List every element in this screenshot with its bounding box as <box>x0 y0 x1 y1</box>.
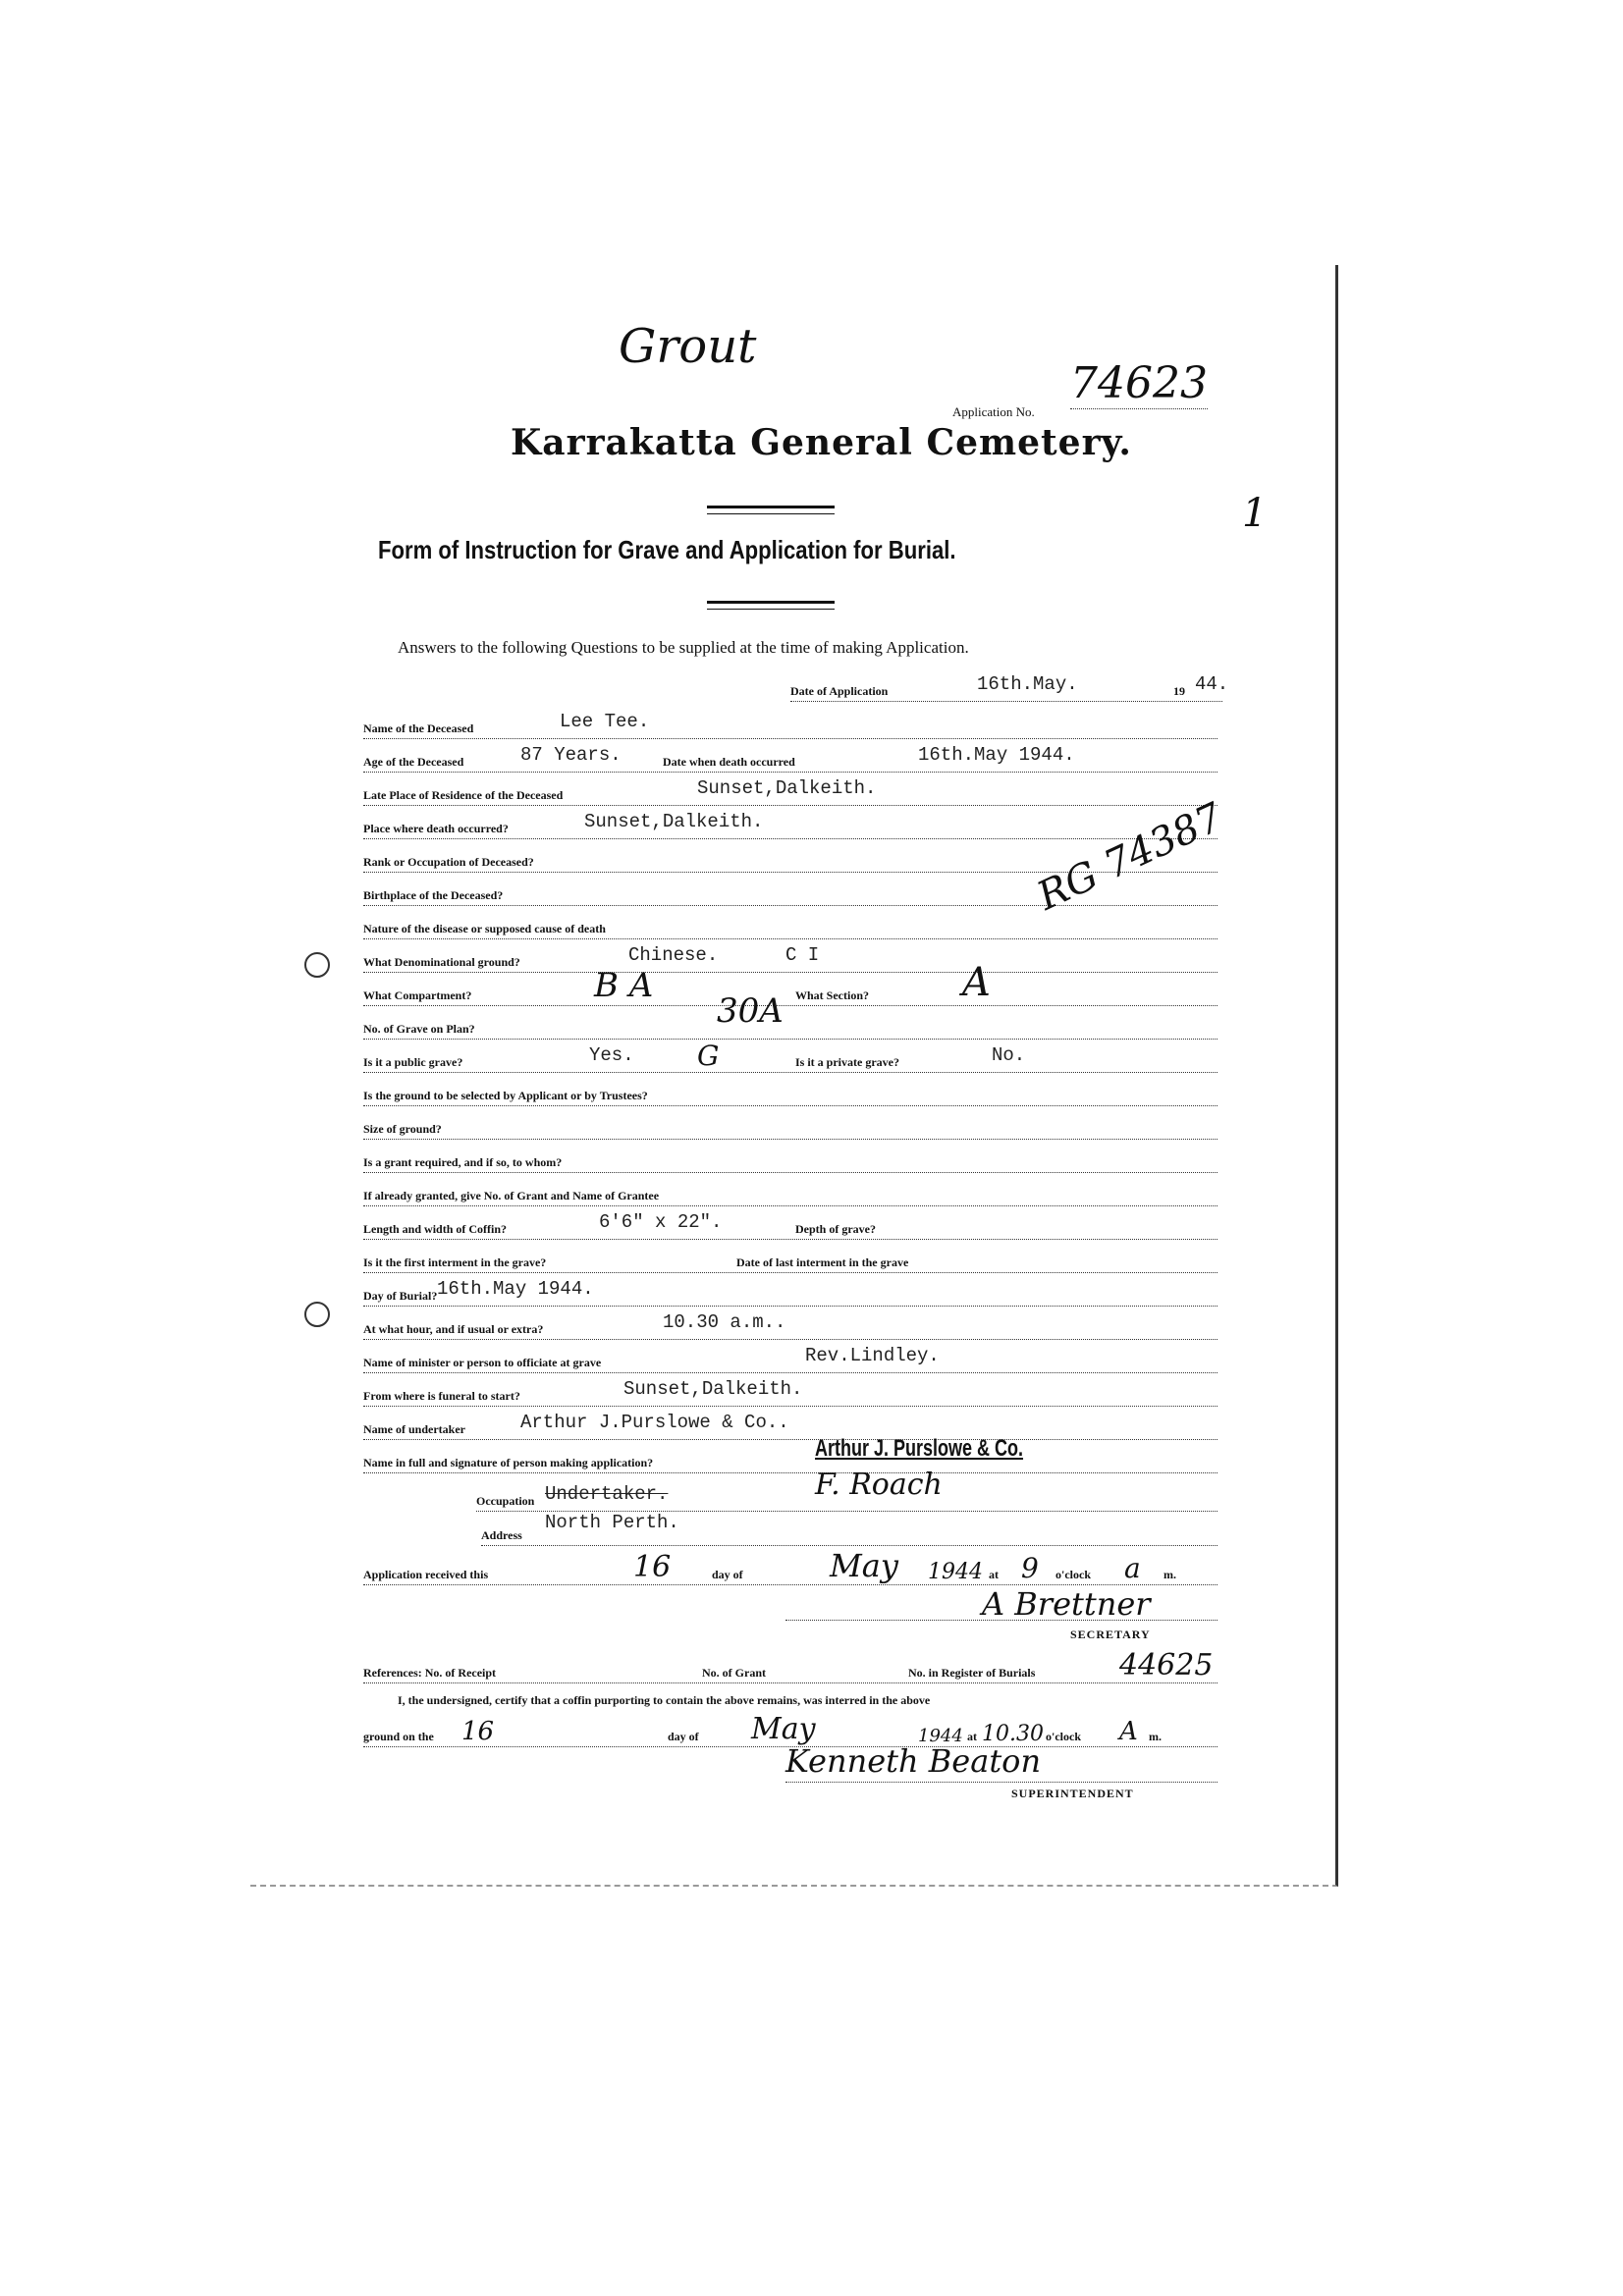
grave-no-row: No. of Grave on Plan?30A <box>363 1005 1217 1040</box>
burial-day-row: Day of Burial?16th.May 1944. <box>363 1272 1217 1307</box>
name-row: Name of the DeceasedLee Tee. <box>363 705 1217 739</box>
secretary-title: SECRETARY <box>1070 1628 1151 1642</box>
undertaker-stamp: Arthur J. Purslowe & Co. <box>815 1435 1023 1463</box>
app-occupation-row: OccupationUndertaker. <box>476 1477 1217 1512</box>
cemetery-title: Karrakatta General Cemetery. <box>511 422 1132 463</box>
divider <box>707 506 835 514</box>
date-of-application-row: Date of Application 16th.May. 19 44. <box>790 667 1222 702</box>
funeral-start-row: From where is funeral to start?Sunset,Da… <box>363 1372 1217 1407</box>
section-value: A <box>962 960 991 1005</box>
age-value: 87 Years. <box>520 744 622 766</box>
grant-granted-row: If already granted, give No. of Grant an… <box>363 1172 1217 1206</box>
undertaker-value: Arthur J.Purslowe & Co.. <box>520 1412 789 1433</box>
death-place-row: Place where death occurred?Sunset,Dalkei… <box>363 805 1217 839</box>
superintendent-title: SUPERINTENDENT <box>1011 1787 1134 1801</box>
form-title: Form of Instruction for Grave and Applic… <box>378 535 956 565</box>
burial-day-value: 16th.May 1944. <box>437 1278 594 1300</box>
grave-no-value: 30A <box>717 991 784 1031</box>
denomination-row: What Denominational ground?Chinese.C I <box>363 938 1217 973</box>
undertaker-row: Name of undertakerArthur J.Purslowe & Co… <box>363 1406 1217 1440</box>
coffin-value: 6'6" x 22". <box>599 1211 722 1233</box>
app-occupation-value: Undertaker. <box>545 1483 668 1505</box>
residence-value: Sunset,Dalkeith. <box>697 777 876 799</box>
address-value: North Perth. <box>545 1512 679 1533</box>
ground-selected-row: Is the ground to be selected by Applican… <box>363 1072 1217 1106</box>
date-of-application-value: 16th.May. <box>977 673 1078 695</box>
size-ground-row: Size of ground? <box>363 1105 1217 1140</box>
register-number: 44625 <box>1119 1648 1213 1682</box>
death-date-value: 16th.May 1944. <box>918 744 1075 766</box>
death-place-value: Sunset,Dalkeith. <box>584 811 763 832</box>
references-row: References: No. of Receipt No. of Grant … <box>363 1649 1217 1683</box>
funeral-start-value: Sunset,Dalkeith. <box>623 1378 802 1400</box>
handwritten-name: Grout <box>619 319 756 374</box>
secretary-signature: A Brettner <box>982 1585 1151 1623</box>
address-row: AddressNorth Perth. <box>481 1512 1217 1546</box>
public-grave-value: Yes. <box>589 1044 634 1066</box>
hour-row: At what hour, and if usual or extra?10.3… <box>363 1306 1217 1340</box>
name-value: Lee Tee. <box>560 711 649 732</box>
grant-required-row: Is a grant required, and if so, to whom? <box>363 1139 1217 1173</box>
certify-text: I, the undersigned, certify that a coffi… <box>398 1693 930 1708</box>
age-row: Age of the Deceased87 Years.Date when de… <box>363 738 1217 773</box>
denomination-value: Chinese. <box>628 944 718 966</box>
intro-text: Answers to the following Questions to be… <box>398 638 969 658</box>
punch-hole <box>304 1302 330 1327</box>
application-no: 74623 <box>1070 358 1208 409</box>
private-grave-value: No. <box>992 1044 1025 1066</box>
received-row: Application received this 16 day of May … <box>363 1551 1217 1585</box>
public-grave-row: Is it a public grave?Yes.GIs it a privat… <box>363 1039 1217 1073</box>
punch-hole <box>304 952 330 978</box>
margin-mark: 1 <box>1242 491 1267 536</box>
minister-row: Name of minister or person to officiate … <box>363 1339 1217 1373</box>
coffin-row: Length and width of Coffin?6'6" x 22".De… <box>363 1205 1217 1240</box>
compartment-value: B A <box>594 966 653 1005</box>
secretary-line <box>785 1620 1217 1621</box>
superintendent-signature: Kenneth Beaton <box>785 1742 1041 1780</box>
residence-row: Late Place of Residence of the DeceasedS… <box>363 772 1217 806</box>
interment-row: Is it the first interment in the grave?D… <box>363 1239 1217 1273</box>
divider <box>707 601 835 610</box>
compartment-row: What Compartment?B AWhat Section?A <box>363 972 1217 1006</box>
cause-row: Nature of the disease or supposed cause … <box>363 905 1217 939</box>
hour-value: 10.30 a.m.. <box>663 1311 785 1333</box>
applicant-row: Name in full and signature of person mak… <box>363 1439 1217 1473</box>
superintendent-line <box>785 1782 1217 1783</box>
application-no-label: Application No. <box>952 404 1035 420</box>
minister-value: Rev.Lindley. <box>805 1345 940 1366</box>
